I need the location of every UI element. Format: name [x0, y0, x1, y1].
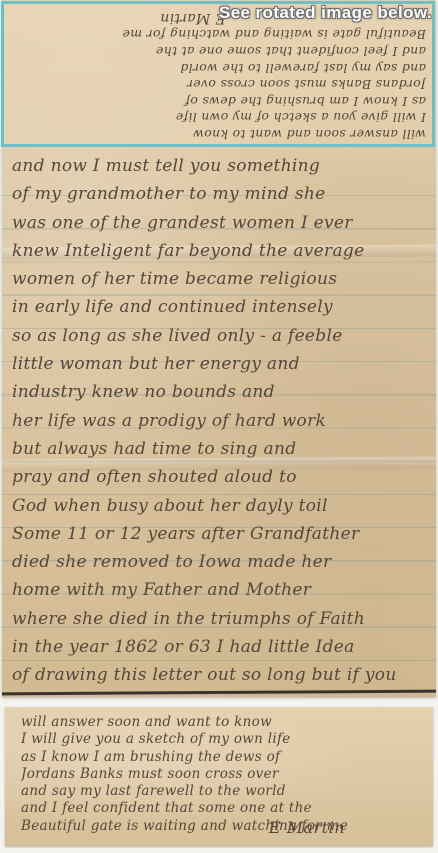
handwriting-line: and say my last farewell to the world — [21, 783, 427, 800]
rotation-note-banner: See rotated image below. — [219, 3, 432, 23]
handwriting-line: and say my last farewell to the world — [10, 59, 426, 76]
handwriting-line: of my grandmother to my mind she — [12, 180, 436, 208]
handwriting-line: and now I must tell you something — [12, 152, 436, 180]
rotated-postscript-lines: will answer soon and want to knowI will … — [10, 26, 426, 142]
signature: E Martin — [269, 818, 345, 837]
upside-down-handwriting: will answer soon and want to knowI will … — [10, 6, 426, 142]
handwriting-line: Beautiful gate is waiting and watching f… — [10, 26, 426, 43]
handwriting-line: industry knew no bounds and — [12, 378, 436, 406]
handwriting-line: pray and often shouted aloud to — [12, 463, 436, 491]
handwriting-line: died she removed to Iowa made her — [12, 548, 436, 576]
handwriting-line: as I know I am brushing the dews of — [10, 92, 426, 109]
handwriting-line: Jordans Banks must soon cross over — [21, 766, 427, 783]
handwriting-line: and I feel confident that some one at th… — [10, 42, 426, 59]
handwriting-line: will answer soon and want to know — [10, 125, 426, 142]
handwriting-line: in the year 1862 or 63 I had little Idea — [12, 633, 436, 661]
handwriting-line: God when busy about her dayly toil — [12, 492, 436, 520]
handwriting-line: where she died in the triumphs of Faith — [12, 605, 436, 633]
handwriting-line: I will give you a sketch of my own life — [10, 109, 426, 126]
handwriting-line: but always had time to sing and — [12, 435, 436, 463]
handwriting-line: and I feel confident that some one at th… — [21, 800, 427, 817]
scanned-letter-page: and now I must tell you somethingof my g… — [0, 0, 438, 853]
postscript-strip: will answer soon and want to knowI will … — [5, 707, 433, 846]
postscript-handwriting: will answer soon and want to knowI will … — [21, 714, 427, 835]
handwriting-line: as I know I am brushing the dews of — [21, 749, 427, 766]
handwriting-line: in early life and continued intensely — [12, 293, 436, 321]
handwriting-line: I will give you a sketch of my own life — [21, 731, 427, 748]
handwriting-line: was one of the grandest women I ever — [12, 209, 436, 237]
handwriting-line: will answer soon and want to know — [21, 714, 427, 731]
sheet-bottom-edge — [2, 690, 436, 696]
letter-body-handwriting: and now I must tell you somethingof my g… — [12, 152, 436, 690]
handwriting-line: her life was a prodigy of hard work — [12, 407, 436, 435]
handwriting-line: knew Inteligent far beyond the average — [12, 237, 436, 265]
handwriting-line: so as long as she lived only - a feeble — [12, 322, 436, 350]
handwriting-line: of drawing this letter out so long but i… — [12, 661, 436, 689]
handwriting-line: Jordans Banks must soon cross over — [10, 76, 426, 93]
handwriting-line: Some 11 or 12 years after Grandfather — [12, 520, 436, 548]
handwriting-line: Beautiful gate is waiting and watching f… — [21, 818, 427, 835]
handwriting-line: little woman but her energy and — [12, 350, 436, 378]
handwriting-line: women of her time became religious — [12, 265, 436, 293]
handwriting-line: home with my Father and Mother — [12, 576, 436, 604]
